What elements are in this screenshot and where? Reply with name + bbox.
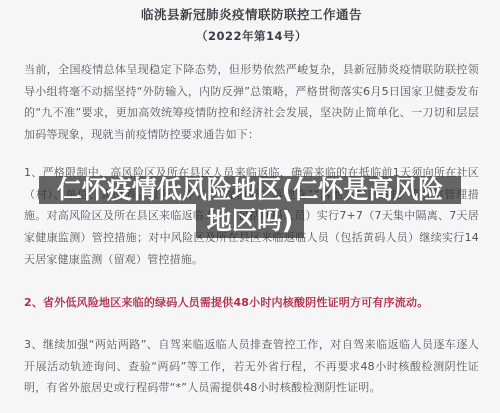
headline-overlay-line1: 仁怀疫情低风险地区(仁怀是高风险 xyxy=(39,176,461,204)
notice-paragraph-intro: 当前，全国疫情总体呈现稳定下降态势，但形势依然严峻复杂，县新冠肺炎疫情联防联控领… xyxy=(24,59,479,146)
headline-overlay-line2: 地区吗) xyxy=(196,204,304,238)
notice-title: 临洮县新冠肺炎疫情联防联控工作通告 xyxy=(24,7,479,23)
notice-image: 临洮县新冠肺炎疫情联防联控工作通告 （2022年第14号） 当前，全国疫情总体呈… xyxy=(0,0,500,413)
notice-paragraph-item3: 3、继续加强“两站两路”、自驾来临返临人员排查管控工作，对自驾来临返临人员逐车逐… xyxy=(24,334,479,399)
headline-overlay-row-2: 地区吗) xyxy=(0,204,500,238)
notice-issue-number: （2022年第14号） xyxy=(24,28,479,44)
notice-paragraph-item2-highlighted: 2、省外低风险地区来临的绿码人员需提供48小时内核酸阴性证明方可有序流动。 xyxy=(24,292,479,314)
headline-overlay-row-1: 仁怀疫情低风险地区(仁怀是高风险 xyxy=(0,176,500,204)
headline-overlay: 仁怀疫情低风险地区(仁怀是高风险 地区吗) xyxy=(0,176,500,238)
